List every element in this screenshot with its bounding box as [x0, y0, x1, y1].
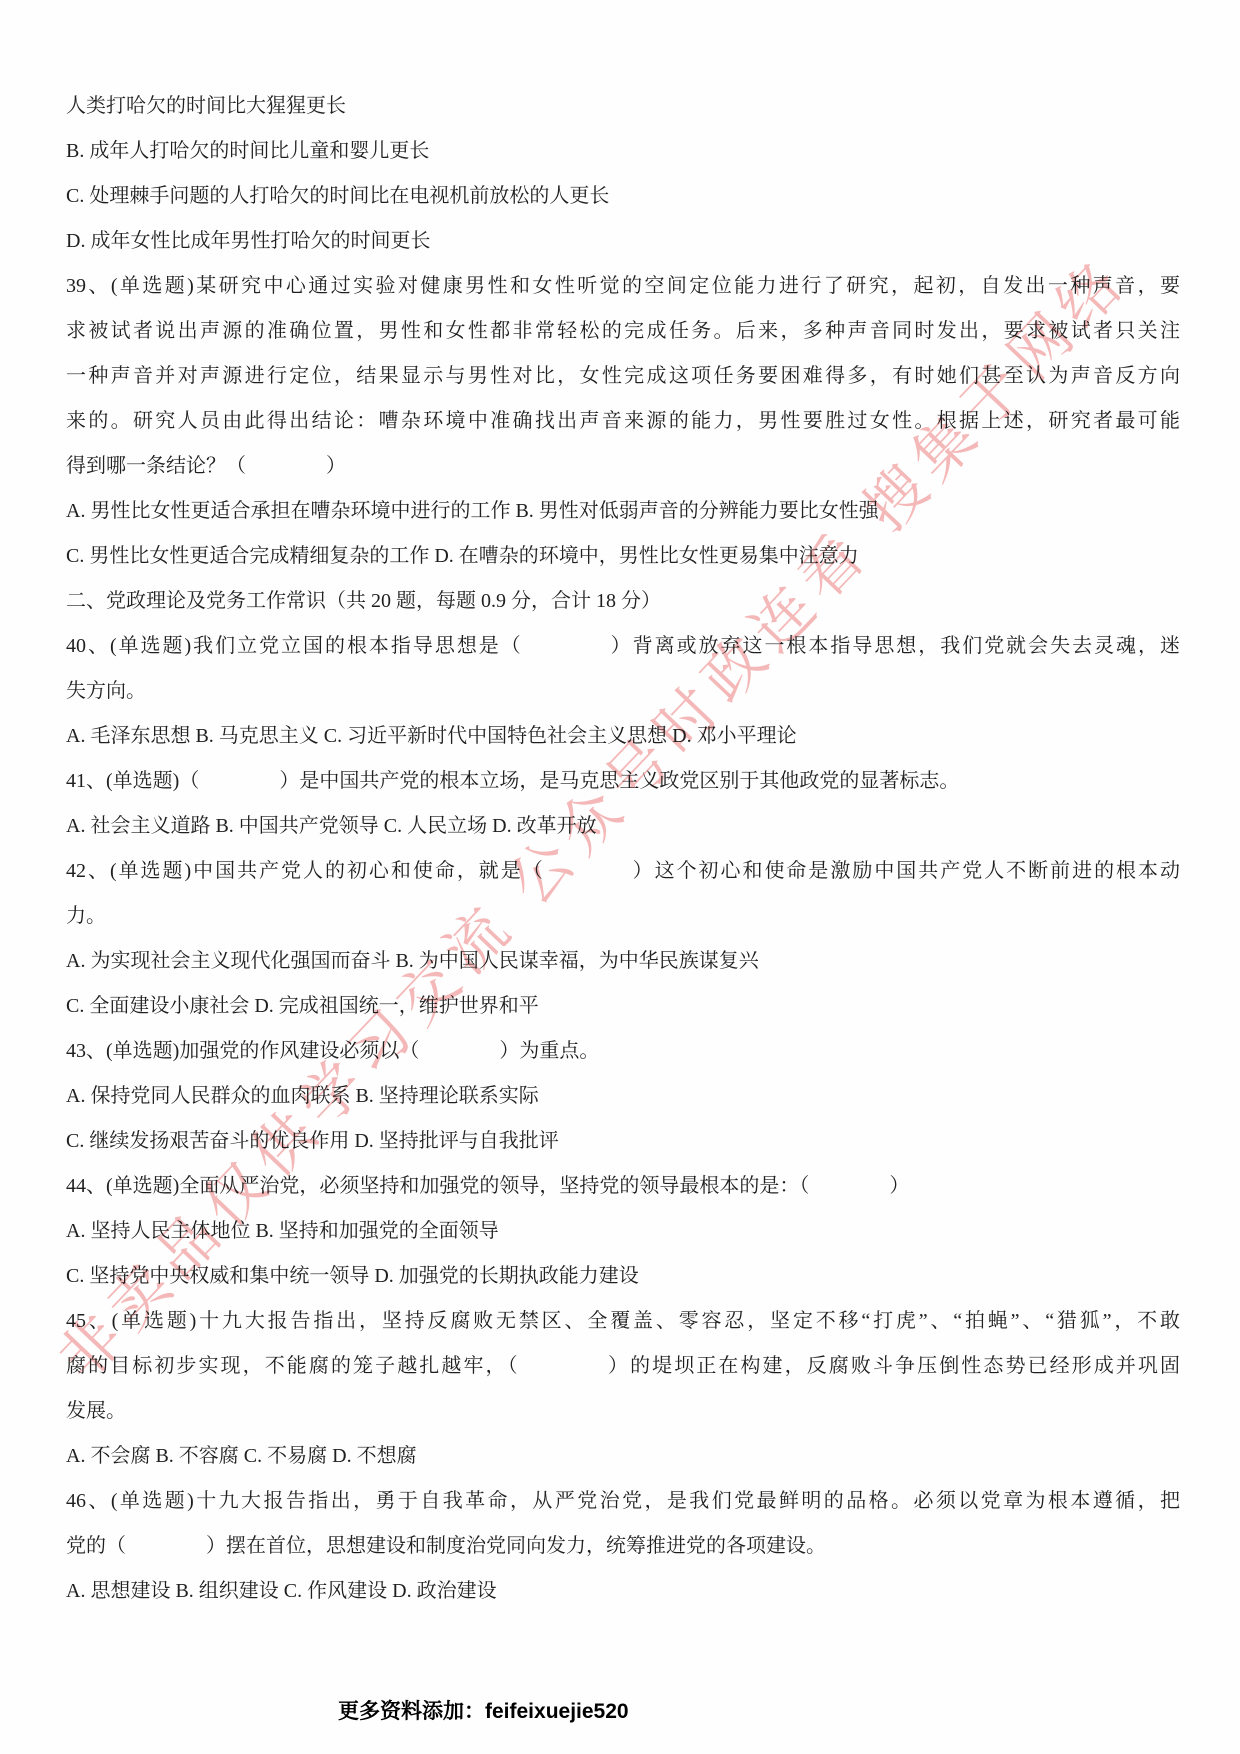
text-line: A. 思想建设 B. 组织建设 C. 作风建设 D. 政治建设: [66, 1569, 1180, 1614]
text-line: 44、(单选题)全面从严治党，必须坚持和加强党的领导，坚持党的领导最根本的是：（…: [66, 1164, 1180, 1209]
text-line: A. 毛泽东思想 B. 马克思主义 C. 习近平新时代中国特色社会主义思想 D.…: [66, 714, 1180, 759]
text-line: 失方向。: [66, 669, 1180, 714]
text-line: 腐的目标初步实现，不能腐的笼子越扎越牢，（ ）的堤坝正在构建，反腐败斗争压倒性态…: [66, 1344, 1180, 1389]
text-line: A. 不会腐 B. 不容腐 C. 不易腐 D. 不想腐: [66, 1434, 1180, 1479]
text-line: 45、(单选题)十九大报告指出，坚持反腐败无禁区、全覆盖、零容忍，坚定不移“打虎…: [66, 1299, 1180, 1344]
text-line: A. 为实现社会主义现代化强国而奋斗 B. 为中国人民谋幸福，为中华民族谋复兴: [66, 939, 1180, 984]
text-line: A. 男性比女性更适合承担在嘈杂环境中进行的工作 B. 男性对低弱声音的分辨能力…: [66, 489, 1180, 534]
text-line: 41、(单选题)（ ）是中国共产党的根本立场，是马克思主义政党区别于其他政党的显…: [66, 759, 1180, 804]
text-line: 二、党政理论及党务工作常识（共 20 题，每题 0.9 分，合计 18 分）: [66, 579, 1180, 624]
text-line: 43、(单选题)加强党的作风建设必须以（ ）为重点。: [66, 1029, 1180, 1074]
text-line: B. 成年人打哈欠的时间比儿童和婴儿更长: [66, 129, 1180, 174]
text-line: C. 男性比女性更适合完成精细复杂的工作 D. 在嘈杂的环境中，男性比女性更易集…: [66, 534, 1180, 579]
text-line: C. 全面建设小康社会 D. 完成祖国统一，维护世界和平: [66, 984, 1180, 1029]
text-line: C. 坚持党中央权威和集中统一领导 D. 加强党的长期执政能力建设: [66, 1254, 1180, 1299]
text-line: 一种声音并对声源进行定位，结果显示与男性对比，女性完成这项任务要困难得多，有时她…: [66, 354, 1180, 399]
text-line: 发展。: [66, 1389, 1180, 1434]
text-line: C. 继续发扬艰苦奋斗的优良作用 D. 坚持批评与自我批评: [66, 1119, 1180, 1164]
text-line: C. 处理棘手问题的人打哈欠的时间比在电视机前放松的人更长: [66, 174, 1180, 219]
text-line: 求被试者说出声源的准确位置，男性和女性都非常轻松的完成任务。后来，多种声音同时发…: [66, 309, 1180, 354]
text-line: D. 成年女性比成年男性打哈欠的时间更长: [66, 219, 1180, 264]
text-line: 40、(单选题)我们立党立国的根本指导思想是（ ）背离或放弃这一根本指导思想，我…: [66, 624, 1180, 669]
exam-page: 非卖品仅供学习交流 公众号时政连看 搜集于网络 人类打哈欠的时间比大猩猩更长B.…: [0, 0, 1240, 1754]
text-line: 46、(单选题)十九大报告指出，勇于自我革命，从严党治党，是我们党最鲜明的品格。…: [66, 1479, 1180, 1524]
footer-text: 更多资料添加：feifeixuejie520: [338, 1695, 629, 1725]
text-line: 人类打哈欠的时间比大猩猩更长: [66, 84, 1180, 129]
text-line: A. 坚持人民主体地位 B. 坚持和加强党的全面领导: [66, 1209, 1180, 1254]
text-line: A. 社会主义道路 B. 中国共产党领导 C. 人民立场 D. 改革开放: [66, 804, 1180, 849]
document-body: 人类打哈欠的时间比大猩猩更长B. 成年人打哈欠的时间比儿童和婴儿更长C. 处理棘…: [66, 84, 1180, 1614]
text-line: 力。: [66, 894, 1180, 939]
text-line: A. 保持党同人民群众的血肉联系 B. 坚持理论联系实际: [66, 1074, 1180, 1119]
text-line: 来的。研究人员由此得出结论：嘈杂环境中准确找出声音来源的能力，男性要胜过女性。根…: [66, 399, 1180, 444]
text-line: 得到哪一条结论？（ ）: [66, 444, 1180, 489]
text-line: 42、(单选题)中国共产党人的初心和使命，就是（ ）这个初心和使命是激励中国共产…: [66, 849, 1180, 894]
text-line: 39、(单选题)某研究中心通过实验对健康男性和女性听觉的空间定位能力进行了研究，…: [66, 264, 1180, 309]
text-line: 党的（ ）摆在首位，思想建设和制度治党同向发力，统筹推进党的各项建设。: [66, 1524, 1180, 1569]
